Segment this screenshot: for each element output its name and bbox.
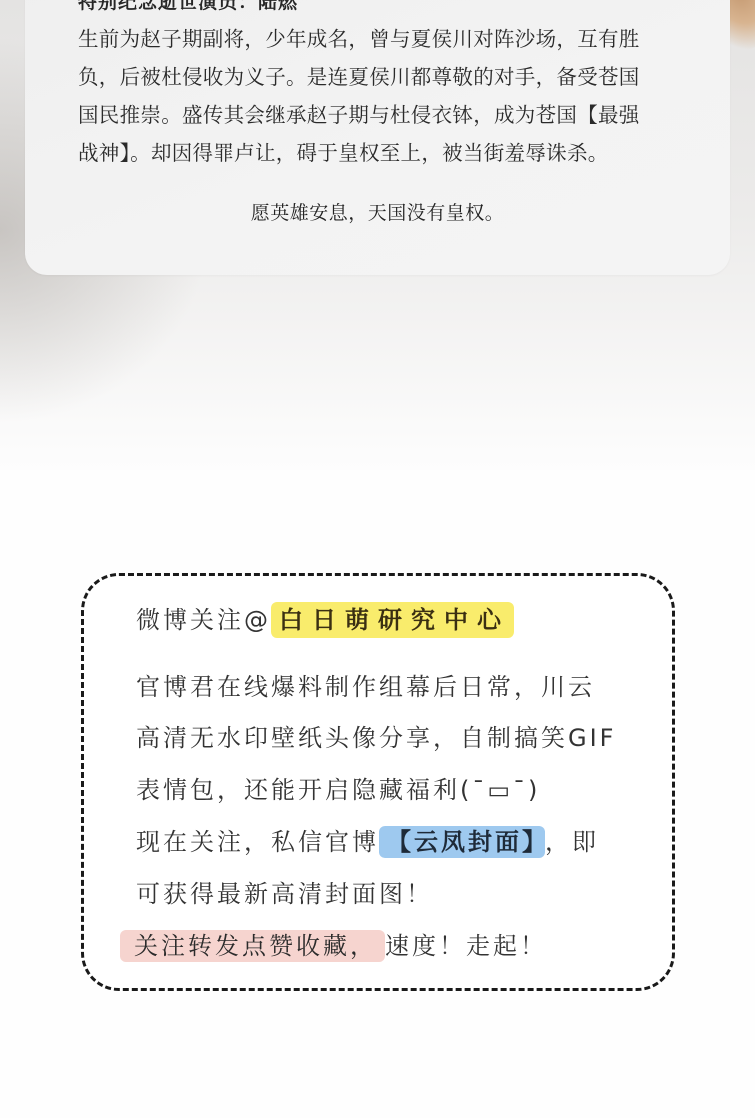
memorial-body-line: 负，后被杜侵收为义子。是连夏侯川都尊敬的对手，备受苍国	[78, 58, 688, 96]
page: 特别纪念逝世演员：陆燃 生前为赵子期副将，少年成名，曾与夏侯川对阵沙场，互有胜 …	[0, 0, 755, 1118]
follow-line: 表情包，还能开启隐藏福利(¯▭¯)	[136, 770, 540, 805]
follow-line: 可获得最新高清封面图！	[136, 874, 433, 909]
follow-text: ，即	[545, 828, 599, 856]
follow-line-account: 微博关注@白日萌研究中心	[136, 600, 514, 635]
memorial-body-line: 生前为赵子期副将，少年成名，曾与夏侯川对阵沙场，互有胜	[78, 20, 688, 58]
follow-line-keyword: 现在关注，私信官博【云凤封面】，即	[136, 822, 599, 857]
keyword-highlight: 【云凤封面】	[379, 826, 545, 858]
cta-highlight: 关注转发点赞收藏，	[120, 930, 385, 962]
memorial-body-line: 国民推崇。盛传其会继承赵子期与杜侵衣钵，成为苍国【最强	[78, 96, 688, 134]
follow-line-cta: 关注转发点赞收藏，速度！走起！	[136, 926, 547, 961]
follow-text: 现在关注，私信官博	[136, 828, 379, 856]
memorial-body: 生前为赵子期副将，少年成名，曾与夏侯川对阵沙场，互有胜 负，后被杜侵收为义子。是…	[78, 20, 688, 172]
follow-text: 速度！走起！	[385, 932, 547, 960]
weibo-account-highlight[interactable]: 白日萌研究中心	[271, 602, 514, 638]
follow-line: 高清无水印壁纸头像分享，自制搞笑GIF	[136, 718, 616, 753]
follow-prefix: 微博关注@	[136, 606, 271, 634]
follow-line: 官博君在线爆料制作组幕后日常，川云	[136, 667, 595, 702]
memorial-body-line: 战神】。却因得罪卢让，碍于皇权至上，被当街羞辱诛杀。	[78, 134, 688, 172]
memorial-title: 特别纪念逝世演员：陆燃	[78, 0, 298, 14]
memorial-motto: 愿英雄安息，天国没有皇权。	[0, 198, 755, 225]
